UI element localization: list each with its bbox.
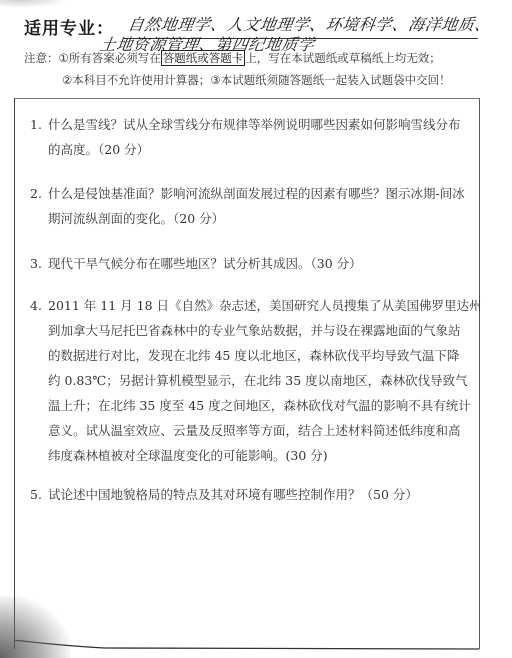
question-text: 到加拿大马尼托巴省森林中的专业气象站数据，并与设在裸露地面的气象站	[30, 318, 470, 343]
scan-shadow-top	[0, 0, 70, 8]
notice-prefix: 注意：①所有答案必须写在	[24, 51, 161, 65]
question-text: 的数据进行对比，发现在北纬 45 度以北地区，森林砍伐平均导致气温下降	[30, 343, 470, 368]
frame-bottom-edge	[14, 640, 480, 652]
question-text: 约 0.83℃；另据计算机模型显示，在北纬 35 度以南地区，森林砍伐导致气	[30, 368, 470, 393]
question-text: 意义。试从温室效应、云量及反照率等方面，结合上述材料简述低纬度和高	[30, 418, 470, 443]
question-2: 2.什么是侵蚀基准面？影响河流纵剖面发展过程的因素有哪些？图示冰期-间冰 期河流…	[30, 181, 470, 231]
question-text: 的高度。（20 分）	[30, 137, 470, 162]
question-text: 什么是雪线？试从全球雪线分布规律等举例说明哪些因素如何影响雪线分布	[48, 117, 461, 132]
question-number: 4.	[30, 293, 48, 318]
question-3: 3.现代干旱气候分布在哪些地区？试分析其成因。（30 分）	[30, 251, 470, 276]
question-number: 1.	[30, 112, 48, 137]
question-number: 2.	[30, 181, 48, 206]
question-number: 3.	[30, 251, 48, 276]
notice-line-1: 注意：①所有答案必须写在答题纸或答题卡上，写在本试题纸或草稿纸上均无效；	[24, 50, 441, 66]
notice-boxed-answer-sheet: 答题纸或答题卡	[161, 50, 246, 66]
question-text: 什么是侵蚀基准面？影响河流纵剖面发展过程的因素有哪些？图示冰期-间冰	[48, 186, 465, 201]
question-text: 试论述中国地貌格局的特点及其对环境有哪些控制作用？（50 分）	[48, 487, 418, 502]
question-text: 期河流纵剖面的变化。（20 分）	[30, 206, 470, 231]
notice-suffix: 上，写在本试题纸或草稿纸上均无效；	[245, 51, 441, 65]
scan-shadow-bottom-left	[0, 596, 70, 658]
notice-line-2: ②本科目不允许使用计算器；③本试题纸须随答题纸一起装入试题袋中交回！	[62, 72, 451, 88]
question-text: 纬度森林植被对全球温度变化的可能影响。(30 分)	[30, 443, 470, 468]
question-1: 1.什么是雪线？试从全球雪线分布规律等举例说明哪些因素如何影响雪线分布 的高度。…	[30, 112, 470, 162]
applicable-majors-header: 适用专业： 自然地理学、人文地理学、环境科学、海洋地质、 土地资源管理、第四纪地…	[24, 10, 494, 40]
question-text: 2011 年 11 月 18 日《自然》杂志述，美国研究人员搜集了从美国佛罗里达…	[48, 298, 482, 313]
question-text: 温上升；在北纬 35 度至 45 度之间地区，森林砍伐对气温的影响不具有统计	[30, 393, 470, 418]
question-number: 5.	[30, 482, 48, 507]
question-5: 5.试论述中国地貌格局的特点及其对环境有哪些控制作用？（50 分）	[30, 482, 470, 507]
question-text: 现代干旱气候分布在哪些地区？试分析其成因。（30 分）	[48, 256, 362, 271]
question-4: 4.2011 年 11 月 18 日《自然》杂志述，美国研究人员搜集了从美国佛罗…	[30, 293, 470, 468]
